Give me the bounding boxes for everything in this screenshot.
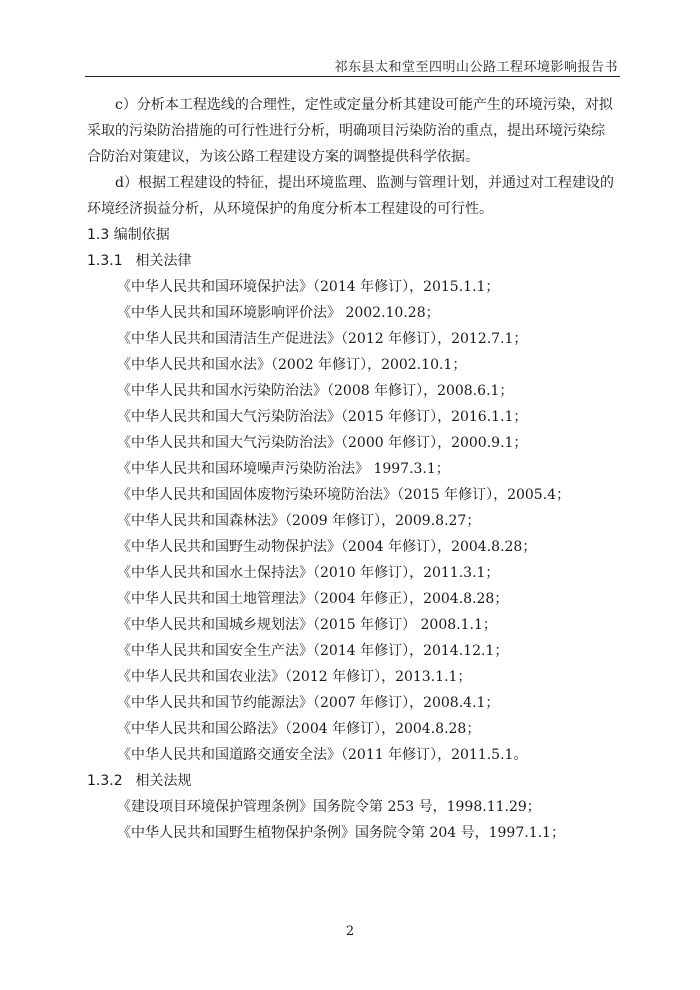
subsection-title: 相关法律: [135, 253, 191, 269]
list-item: 《中华人民共和国农业法》（2012 年修订），2013.1.1；: [87, 664, 622, 690]
list-item: 《中华人民共和国水污染防治法》（2008 年修订），2008.6.1；: [87, 378, 622, 404]
list-item: 《中华人民共和国大气污染防治法》（2000 年修订），2000.9.1；: [87, 430, 622, 456]
list-item: 《建设项目环境保护管理条例》国务院令第 253 号，1998.11.29；: [87, 794, 622, 820]
text-line: c）分析本工程选线的合理性，定性或定量分析其建设可能产生的环境污染，对拟: [87, 92, 622, 118]
subsection-number: 1.3.1: [87, 248, 131, 274]
list-item: 《中华人民共和国环境影响评价法》 2002.10.28；: [87, 300, 622, 326]
list-item: 《中华人民共和国森林法》（2009 年修订），2009.8.27；: [87, 508, 622, 534]
list-item: 《中华人民共和国水土保持法》（2010 年修订），2011.3.1；: [87, 560, 622, 586]
section-title: 编制依据: [114, 227, 170, 243]
page-header: 祁东县太和堂至四明山公路工程环境影响报告书: [85, 52, 620, 77]
paragraph-d: d）根据工程建设的特征，提出环境监理、监测与管理计划，并通过对工程建设的 环境经…: [87, 170, 622, 222]
list-item: 《中华人民共和国公路法》（2004 年修订），2004.8.28；: [87, 716, 622, 742]
regulations-list: 《建设项目环境保护管理条例》国务院令第 253 号，1998.11.29； 《中…: [87, 794, 622, 846]
list-item: 《中华人民共和国环境保护法》（2014 年修订），2015.1.1；: [87, 274, 622, 300]
laws-list: 《中华人民共和国环境保护法》（2014 年修订），2015.1.1； 《中华人民…: [87, 274, 622, 768]
list-item: 《中华人民共和国环境噪声污染防治法》 1997.3.1；: [87, 456, 622, 482]
subsection-number: 1.3.2: [87, 768, 131, 794]
section-heading: 1.3 编制依据: [87, 222, 622, 248]
list-item: 《中华人民共和国野生动物保护法》（2004 年修订），2004.8.28；: [87, 534, 622, 560]
subsection-heading-laws: 1.3.1 相关法律: [87, 248, 622, 274]
document-title: 祁东县太和堂至四明山公路工程环境影响报告书: [334, 56, 618, 75]
list-item: 《中华人民共和国固体废物污染环境防治法》（2015 年修订），2005.4；: [87, 482, 622, 508]
text-line: 合防治对策建议，为该公路工程建设方案的调整提供科学依据。: [87, 144, 622, 170]
list-item: 《中华人民共和国安全生产法》（2014 年修订），2014.12.1；: [87, 638, 622, 664]
list-item: 《中华人民共和国道路交通安全法》（2011 年修订），2011.5.1。: [87, 742, 622, 768]
list-item: 《中华人民共和国节约能源法》（2007 年修订），2008.4.1；: [87, 690, 622, 716]
subsection-title: 相关法规: [135, 773, 191, 789]
subsection-heading-regulations: 1.3.2 相关法规: [87, 768, 622, 794]
page-number: 2: [0, 924, 700, 939]
list-item: 《中华人民共和国野生植物保护条例》国务院令第 204 号，1997.1.1；: [87, 820, 622, 846]
list-item: 《中华人民共和国清洁生产促进法》（2012 年修订），2012.7.1；: [87, 326, 622, 352]
list-item: 《中华人民共和国大气污染防治法》（2015 年修订），2016.1.1；: [87, 404, 622, 430]
list-item: 《中华人民共和国城乡规划法》（2015 年修订） 2008.1.1；: [87, 612, 622, 638]
text-line: d）根据工程建设的特征，提出环境监理、监测与管理计划，并通过对工程建设的: [87, 170, 622, 196]
list-item: 《中华人民共和国土地管理法》（2004 年修正），2004.8.28；: [87, 586, 622, 612]
paragraph-c: c）分析本工程选线的合理性，定性或定量分析其建设可能产生的环境污染，对拟 采取的…: [87, 92, 622, 170]
text-line: 环境经济损益分析，从环境保护的角度分析本工程建设的可行性。: [87, 196, 622, 222]
section-number: 1.3: [87, 227, 109, 243]
text-line: 采取的污染防治措施的可行性进行分析，明确项目污染防治的重点，提出环境污染综: [87, 118, 622, 144]
page-body: c）分析本工程选线的合理性，定性或定量分析其建设可能产生的环境污染，对拟 采取的…: [87, 92, 622, 846]
list-item: 《中华人民共和国水法》（2002 年修订），2002.10.1；: [87, 352, 622, 378]
